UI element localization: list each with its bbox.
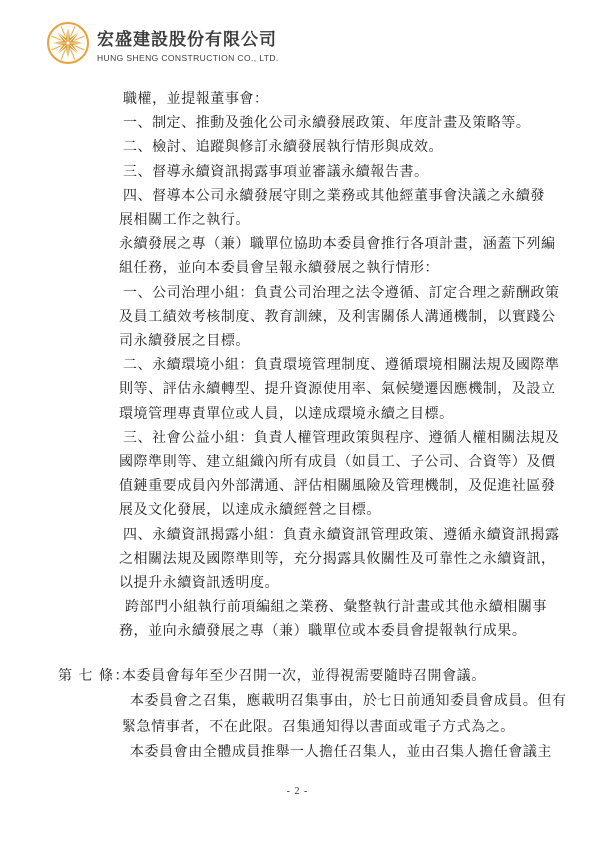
text-line: 司永續發展之目標。	[119, 330, 560, 354]
text-line: 四、督導本公司永續發展守則之業務或其他經董事會決議之永續發	[119, 185, 560, 209]
page-footer: - 2 -	[0, 786, 595, 797]
text-line: 務，並向永續發展之專（兼）職單位或本委員會提報執行成果。	[119, 620, 560, 644]
text-line: 則等、評估永續轉型、提升資源使用率、氣候變遷因應機制，及設立	[119, 378, 560, 402]
text-line: 以提升永續資訊透明度。	[119, 572, 560, 596]
text-line: 跨部門小組執行前項編組之業務、彙整執行計畫或其他永續相關事	[119, 596, 560, 620]
text-line: 本委員會之召集，應載明召集事由，於七日前通知委員會成員。但有	[122, 689, 567, 714]
text-line: 一、制定、推動及強化公司永續發展政策、年度計畫及策略等。	[119, 112, 560, 136]
company-logo-icon	[46, 21, 90, 65]
text-line: 展及文化發展，以達成永續經營之目標。	[119, 499, 560, 523]
text-line: 三、社會公益小組：負責人權管理政策與程序、遵循人權相關法規及	[119, 427, 560, 451]
article-7: 第 七 條： 本委員會每年至少召開一次，並得視需要隨時召開會議。 本委員會之召集…	[122, 664, 567, 766]
text-line: 組任務，並向本委員會呈報永續發展之執行情形：	[119, 257, 560, 281]
text-line: 展相關工作之執行。	[119, 209, 560, 233]
text-line: 一、公司治理小組：負責公司治理之法令遵循、訂定合理之薪酬政策	[119, 282, 560, 306]
document-body: 職權，並提報董事會： 一、制定、推動及強化公司永續發展政策、年度計畫及策略等。 …	[119, 88, 560, 645]
text-line: 之相關法規及國際準則等，充分揭露具攸關性及可靠性之永續資訊，	[119, 548, 560, 572]
text-line: 本委員會每年至少召開一次，並得視需要隨時召開會議。	[122, 664, 567, 689]
text-line: 值鏈重要成員內外部溝通、評估相關風險及管理機制，及促進社區發	[119, 475, 560, 499]
document-page: 宏盛建設股份有限公司 HUNG SHENG CONSTRUCTION CO., …	[0, 0, 595, 842]
text-line: 國際準則等、建立組織內所有成員（如員工、子公司、合資等）及價	[119, 451, 560, 475]
text-line: 二、檢討、追蹤與修訂永續發展執行情形與成效。	[119, 136, 560, 160]
text-line: 緊急情事者，不在此限。召集通知得以書面或電子方式為之。	[122, 715, 567, 740]
text-line: 及員工績效考核制度、教育訓練，及利害關係人溝通機制，以實踐公	[119, 306, 560, 330]
text-line: 四、永續資訊揭露小組：負責永續資訊管理政策、遵循永續資訊揭露	[119, 524, 560, 548]
text-line: 本委員會由全體成員推舉一人擔任召集人，並由召集人擔任會議主	[122, 740, 567, 765]
text-line: 三、督導永續資訊揭露事項並審議永續報告書。	[119, 161, 560, 185]
page-number: - 2 -	[287, 786, 309, 797]
article-7-label: 第 七 條：	[58, 664, 130, 689]
company-header: 宏盛建設股份有限公司 HUNG SHENG CONSTRUCTION CO., …	[46, 21, 279, 65]
text-line: 環境管理專責單位或人員，以達成環境永續之目標。	[119, 403, 560, 427]
text-line: 永續發展之專（兼）職單位協助本委員會推行各項計畫，涵蓋下列編	[119, 233, 560, 257]
text-line: 職權，並提報董事會：	[119, 88, 560, 112]
company-name-zh: 宏盛建設股份有限公司	[97, 25, 279, 50]
company-name-en: HUNG SHENG CONSTRUCTION CO., LTD.	[97, 53, 279, 63]
company-names: 宏盛建設股份有限公司 HUNG SHENG CONSTRUCTION CO., …	[97, 21, 279, 63]
text-line: 二、永續環境小組：負責環境管理制度、遵循環境相關法規及國際準	[119, 354, 560, 378]
